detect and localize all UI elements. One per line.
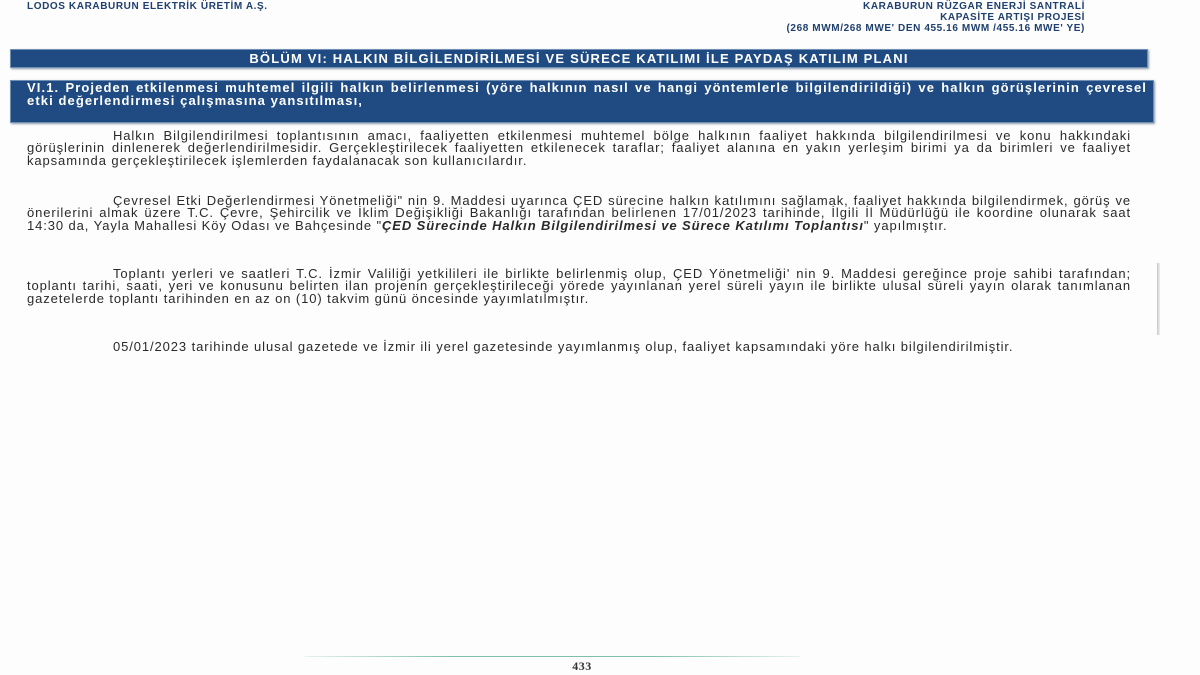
paragraph-text: Halkın Bilgilendirilmesi toplantısının a… <box>27 128 1131 168</box>
paragraph-text-end: " yapılmıştır. <box>864 218 948 233</box>
paragraph-text: Toplantı yerleri ve saatleri T.C. İzmir … <box>27 266 1131 306</box>
subsection-heading: VI.1. Projeden etkilenmesi muhtemel ilgi… <box>10 80 1154 123</box>
section-heading: BÖLÜM VI: HALKIN BİLGİLENDİRİLMESİ VE SÜ… <box>10 49 1148 68</box>
paragraph-announcement: Toplantı yerleri ve saatleri T.C. İzmir … <box>27 268 1131 305</box>
project-title-line-1: KARABURUN RÜZGAR ENERJİ SANTRALİ <box>787 1 1086 12</box>
project-title-line-3: (268 MWM/268 MWE' DEN 455.16 MWM /455.16… <box>787 23 1086 34</box>
page-number: 433 <box>0 659 1200 674</box>
footer-divider <box>305 656 800 657</box>
page-edge-shadow <box>1157 263 1160 335</box>
meeting-title-emphasis: ÇED Sürecinde Halkın Bilgilendirilmesi v… <box>382 218 864 233</box>
paragraph-purpose: Halkın Bilgilendirilmesi toplantısının a… <box>27 130 1131 167</box>
paragraph-text: 05/01/2023 tarihinde ulusal gazetede ve … <box>113 339 1013 354</box>
paragraph-meeting: Çevresel Etki Değerlendirmesi Yönetmeliğ… <box>27 195 1131 232</box>
project-title-block: KARABURUN RÜZGAR ENERJİ SANTRALİ KAPASİT… <box>787 1 1086 34</box>
company-name: LODOS KARABURUN ELEKTRİK ÜRETİM A.Ş. <box>27 1 268 12</box>
project-title-line-2: KAPASİTE ARTIŞI PROJESİ <box>787 12 1086 23</box>
paragraph-publication: 05/01/2023 tarihinde ulusal gazetede ve … <box>27 341 1131 353</box>
page-number-text: 433 <box>572 659 592 673</box>
